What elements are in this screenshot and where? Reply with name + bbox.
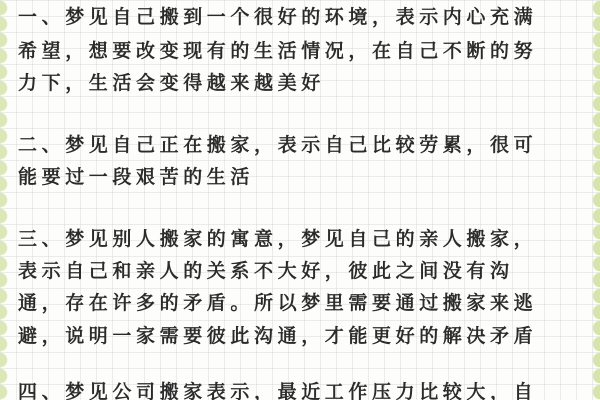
text-line: 二、梦见自己正在搬家，表示自己比较劳累，很可 (18, 134, 537, 156)
scalloped-border-right (590, 0, 600, 400)
text-line: 一、梦见自己搬到一个很好的环境，表示内心充满 (18, 6, 537, 28)
text-line: 力下，生活会变得越来越美好 (18, 72, 325, 94)
text-line: 希望，想要改变现有的生活情况，在自己不断的努 (18, 40, 537, 62)
text-line: 通，存在许多的矛盾。所以梦里需要通过搬家来逃 (18, 292, 537, 314)
text-line: 表示自己和亲人的关系不大好，彼此之间没有沟 (18, 260, 514, 282)
text-line: 避，说明一家需要彼此沟通，才能更好的解决矛盾 (18, 325, 537, 347)
scalloped-border-left (0, 0, 10, 400)
text-line: 能要过一段艰苦的生活 (18, 166, 254, 188)
text-line: 三、梦见别人搬家的寓意，梦见自己的亲人搬家， (18, 228, 537, 250)
text-line: 四、梦见公司搬家表示，最近工作压力比较大，自 (18, 381, 537, 400)
